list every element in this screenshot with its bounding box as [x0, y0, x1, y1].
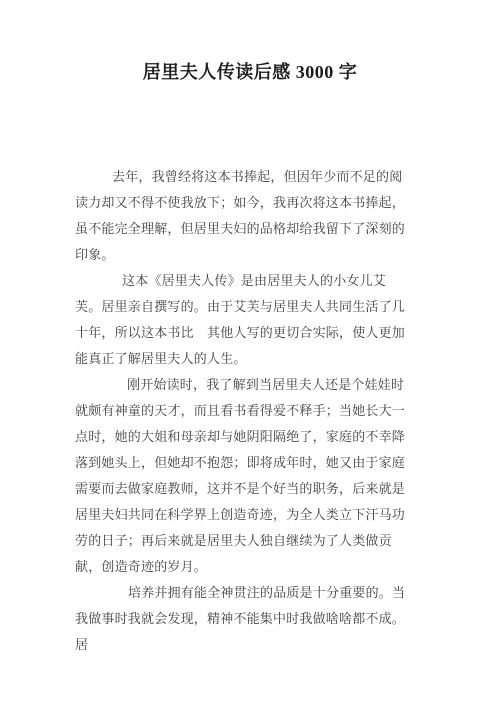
- paragraph-life-story: 刚开始读时，我了解到当居里夫人还是个娃娃时就颇有神童的天才，而且看书看得爱不释手…: [75, 372, 408, 580]
- document-page: 居里夫人传读后感 3000 字 去年，我曾经将这本书捧起，但因年少而不足的阅读力…: [0, 0, 500, 707]
- paragraph-concentration: 培养并拥有能全神贯注的品质是十分重要的。当我做事时我就会发现，精神不能集中时我做…: [75, 580, 408, 658]
- page-title: 居里夫人传读后感 3000 字: [0, 0, 500, 86]
- paragraph-book-origin: 这本《居里夫人传》是由居里夫人的小女儿艾芙。居里亲自撰写的。由于艾芙与居里夫人共…: [75, 268, 408, 372]
- document-body: 去年，我曾经将这本书捧起，但因年少而不足的阅读力却又不得不使我放下；如今，我再次…: [0, 164, 500, 658]
- paragraph-intro: 去年，我曾经将这本书捧起，但因年少而不足的阅读力却又不得不使我放下；如今，我再次…: [75, 164, 408, 268]
